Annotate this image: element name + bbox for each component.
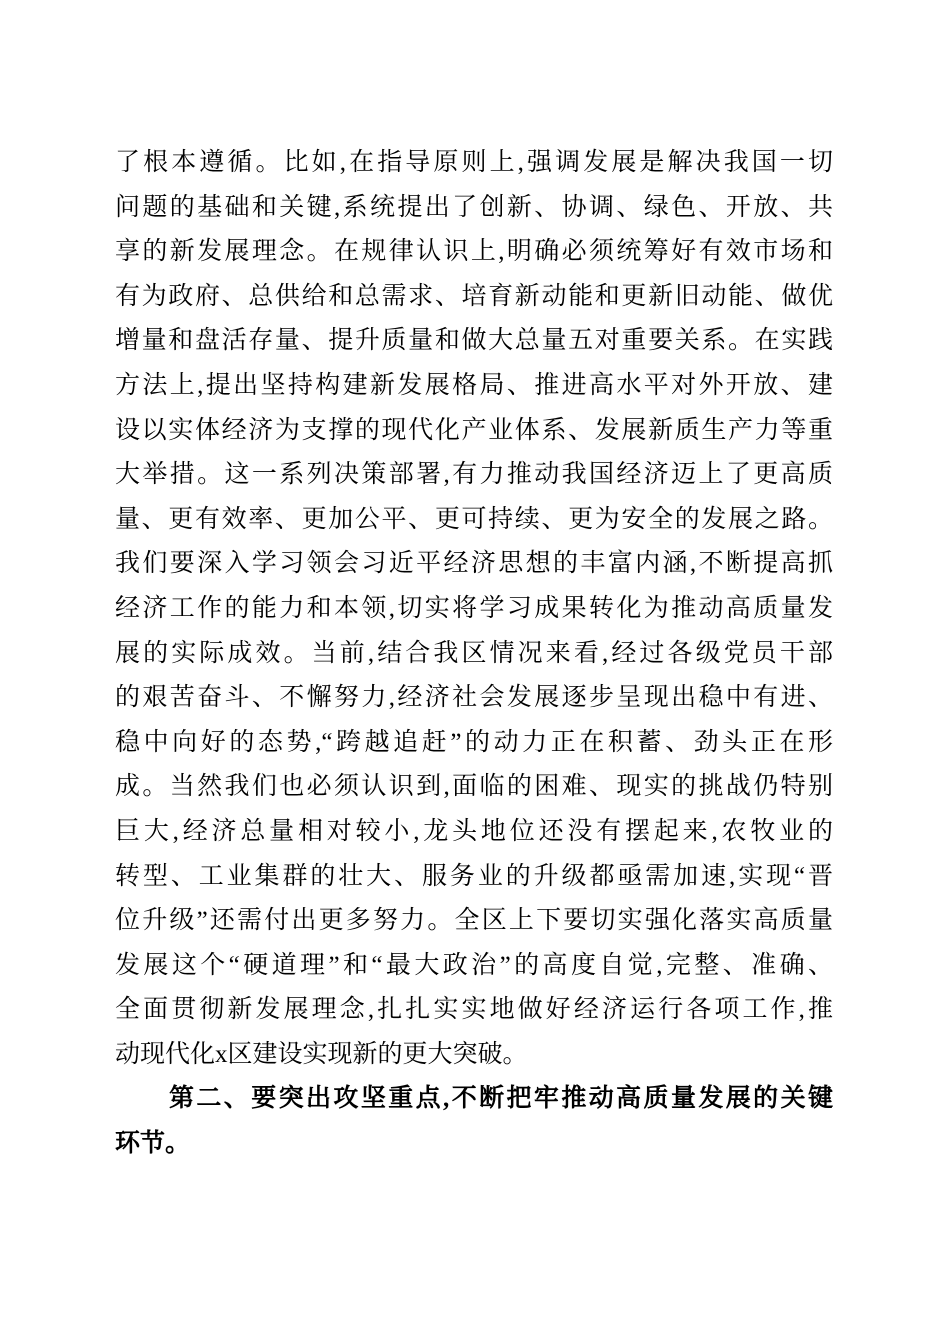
- text-line: 了根本遵循。比如,在指导原则上,强调发展是解决我国一切: [115, 141, 833, 186]
- paragraph-heading: 第二、要突出攻坚重点,不断把牢推动高质量发展的关键 环节。: [115, 1077, 833, 1166]
- text-line: 问题的基础和关键,系统提出了创新、协调、绿色、开放、共: [115, 186, 833, 231]
- document-page: 了根本遵循。比如,在指导原则上,强调发展是解决我国一切 问题的基础和关键,系统提…: [0, 0, 950, 1344]
- text-line: 有为政府、总供给和总需求、培育新动能和更新旧动能、做优: [115, 275, 833, 320]
- text-line: 方法上,提出坚持构建新发展格局、推进高水平对外开放、建: [115, 364, 833, 409]
- text-line: 享的新发展理念。在规律认识上,明确必须统筹好有效市场和: [115, 230, 833, 275]
- text-line: 转型、工业集群的壮大、服务业的升级都亟需加速,实现“晋: [115, 855, 833, 900]
- text-line: 的艰苦奋斗、不懈努力,经济社会发展逐步呈现出稳中有进、: [115, 676, 833, 721]
- text-line: 稳中向好的态势,“跨越追赶”的动力正在积蓄、劲头正在形: [115, 721, 833, 766]
- heading-line: 第二、要突出攻坚重点,不断把牢推动高质量发展的关键: [115, 1077, 833, 1122]
- text-line: 我们要深入学习领会习近平经济思想的丰富内涵,不断提高抓: [115, 542, 833, 587]
- text-line: 经济工作的能力和本领,切实将学习成果转化为推动高质量发: [115, 587, 833, 632]
- text-line: 展的实际成效。当前,结合我区情况来看,经过各级党员干部: [115, 632, 833, 677]
- text-line: 大举措。这一系列决策部署,有力推动我国经济迈上了更高质: [115, 453, 833, 498]
- text-line: 位升级”还需付出更多努力。全区上下要切实强化落实高质量: [115, 899, 833, 944]
- text-line: 设以实体经济为支撑的现代化产业体系、发展新质生产力等重: [115, 409, 833, 454]
- text-line: 巨大,经济总量相对较小,龙头地位还没有摆起来,农牧业的: [115, 810, 833, 855]
- document-body: 了根本遵循。比如,在指导原则上,强调发展是解决我国一切 问题的基础和关键,系统提…: [115, 141, 833, 1167]
- paragraph-continuation: 了根本遵循。比如,在指导原则上,强调发展是解决我国一切 问题的基础和关键,系统提…: [115, 141, 833, 1077]
- heading-line: 环节。: [115, 1122, 833, 1167]
- text-line: 全面贯彻新发展理念,扎扎实实地做好经济运行各项工作,推: [115, 988, 833, 1033]
- text-line: 发展这个“硬道理”和“最大政治”的高度自觉,完整、准确、: [115, 944, 833, 989]
- text-line: 动现代化x区建设实现新的更大突破。: [115, 1033, 833, 1078]
- text-line: 量、更有效率、更加公平、更可持续、更为安全的发展之路。: [115, 498, 833, 543]
- text-line: 增量和盘活存量、提升质量和做大总量五对重要关系。在实践: [115, 319, 833, 364]
- text-line: 成。当然我们也必须认识到,面临的困难、现实的挑战仍特别: [115, 765, 833, 810]
